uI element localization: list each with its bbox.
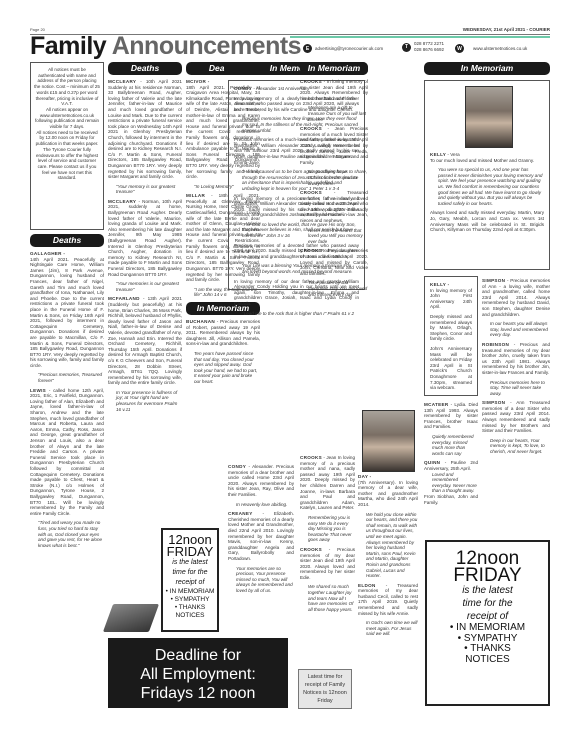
phone-icon: T	[402, 43, 411, 52]
portrait-photo-crooks	[362, 410, 415, 472]
page-title: Family Announcements	[30, 33, 301, 59]
column-memoriam-crooks-2: CROOKS - Jean In loving memory of a prec…	[300, 455, 355, 612]
kelly-john-box: KELLY - In loving memory of John First A…	[424, 276, 478, 396]
column-memoriam-simpson: SIMPSON - Precious memories of Ann - a l…	[482, 278, 550, 455]
section-header-memoriam: In Memoriam	[424, 62, 550, 75]
section-header-memoriam: In Memoriam	[300, 62, 368, 75]
notice-terms-box: All notices must be authenticated with n…	[30, 62, 104, 230]
employment-deadline-ad: Deadline for All Employment: Fridays 12 …	[108, 638, 288, 708]
kelly-memoriam-box: KELLY - Vera To our much loved and misse…	[424, 80, 550, 270]
section-header-deaths: Deaths	[30, 234, 104, 247]
deadline-ad-small: 12noon FRIDAY is the latest time for the…	[161, 528, 219, 632]
header-accent-rule	[290, 36, 550, 38]
column-memoriam-crooks: In Memoriam CROOKS - In loving memory of…	[300, 62, 368, 297]
column-memoriam-2: CONDY - Alexander. Precious memories of …	[228, 464, 294, 593]
column-memoriam-day-eldon: DAY - (7th Anniversary). In loving memor…	[358, 474, 418, 637]
death-notice: 14th April 2021. Peacefully at Nightinga…	[30, 257, 104, 369]
contact-email[interactable]: Eadvertising@tyronecourier.uk.com	[303, 44, 383, 53]
column-memoriam-mcateer-quinn: MCATEER - Lydia. Died 13th April 1993. A…	[424, 402, 478, 505]
deadline-ad-large: 12noon FRIDAY is the latest time for the…	[425, 540, 550, 706]
column-deaths-1: Deaths GALLAGHER - 14th April 2021. Peac…	[30, 234, 104, 548]
bible-image	[103, 604, 159, 632]
portrait-photo-kelly	[465, 86, 513, 148]
section-header-deaths: Deaths	[108, 62, 182, 75]
contact-website[interactable]: Wwww.ulsternetnotices.co.uk	[455, 44, 527, 53]
column-memoriam-kelly: In Memoriam	[424, 62, 550, 79]
email-icon: E	[303, 44, 312, 53]
contact-phone[interactable]: T028 8772 2271028 8676 6692	[402, 41, 456, 53]
issue-date: WEDNESDAY, 21st April 2021 - COURIER	[463, 27, 550, 32]
column-deaths-2: Deaths MCCLEARY - 10th April 2021 Sudden…	[108, 62, 182, 412]
web-icon: W	[455, 44, 464, 53]
latest-time-notice: Latest time for receipt of Family Notice…	[298, 669, 352, 709]
